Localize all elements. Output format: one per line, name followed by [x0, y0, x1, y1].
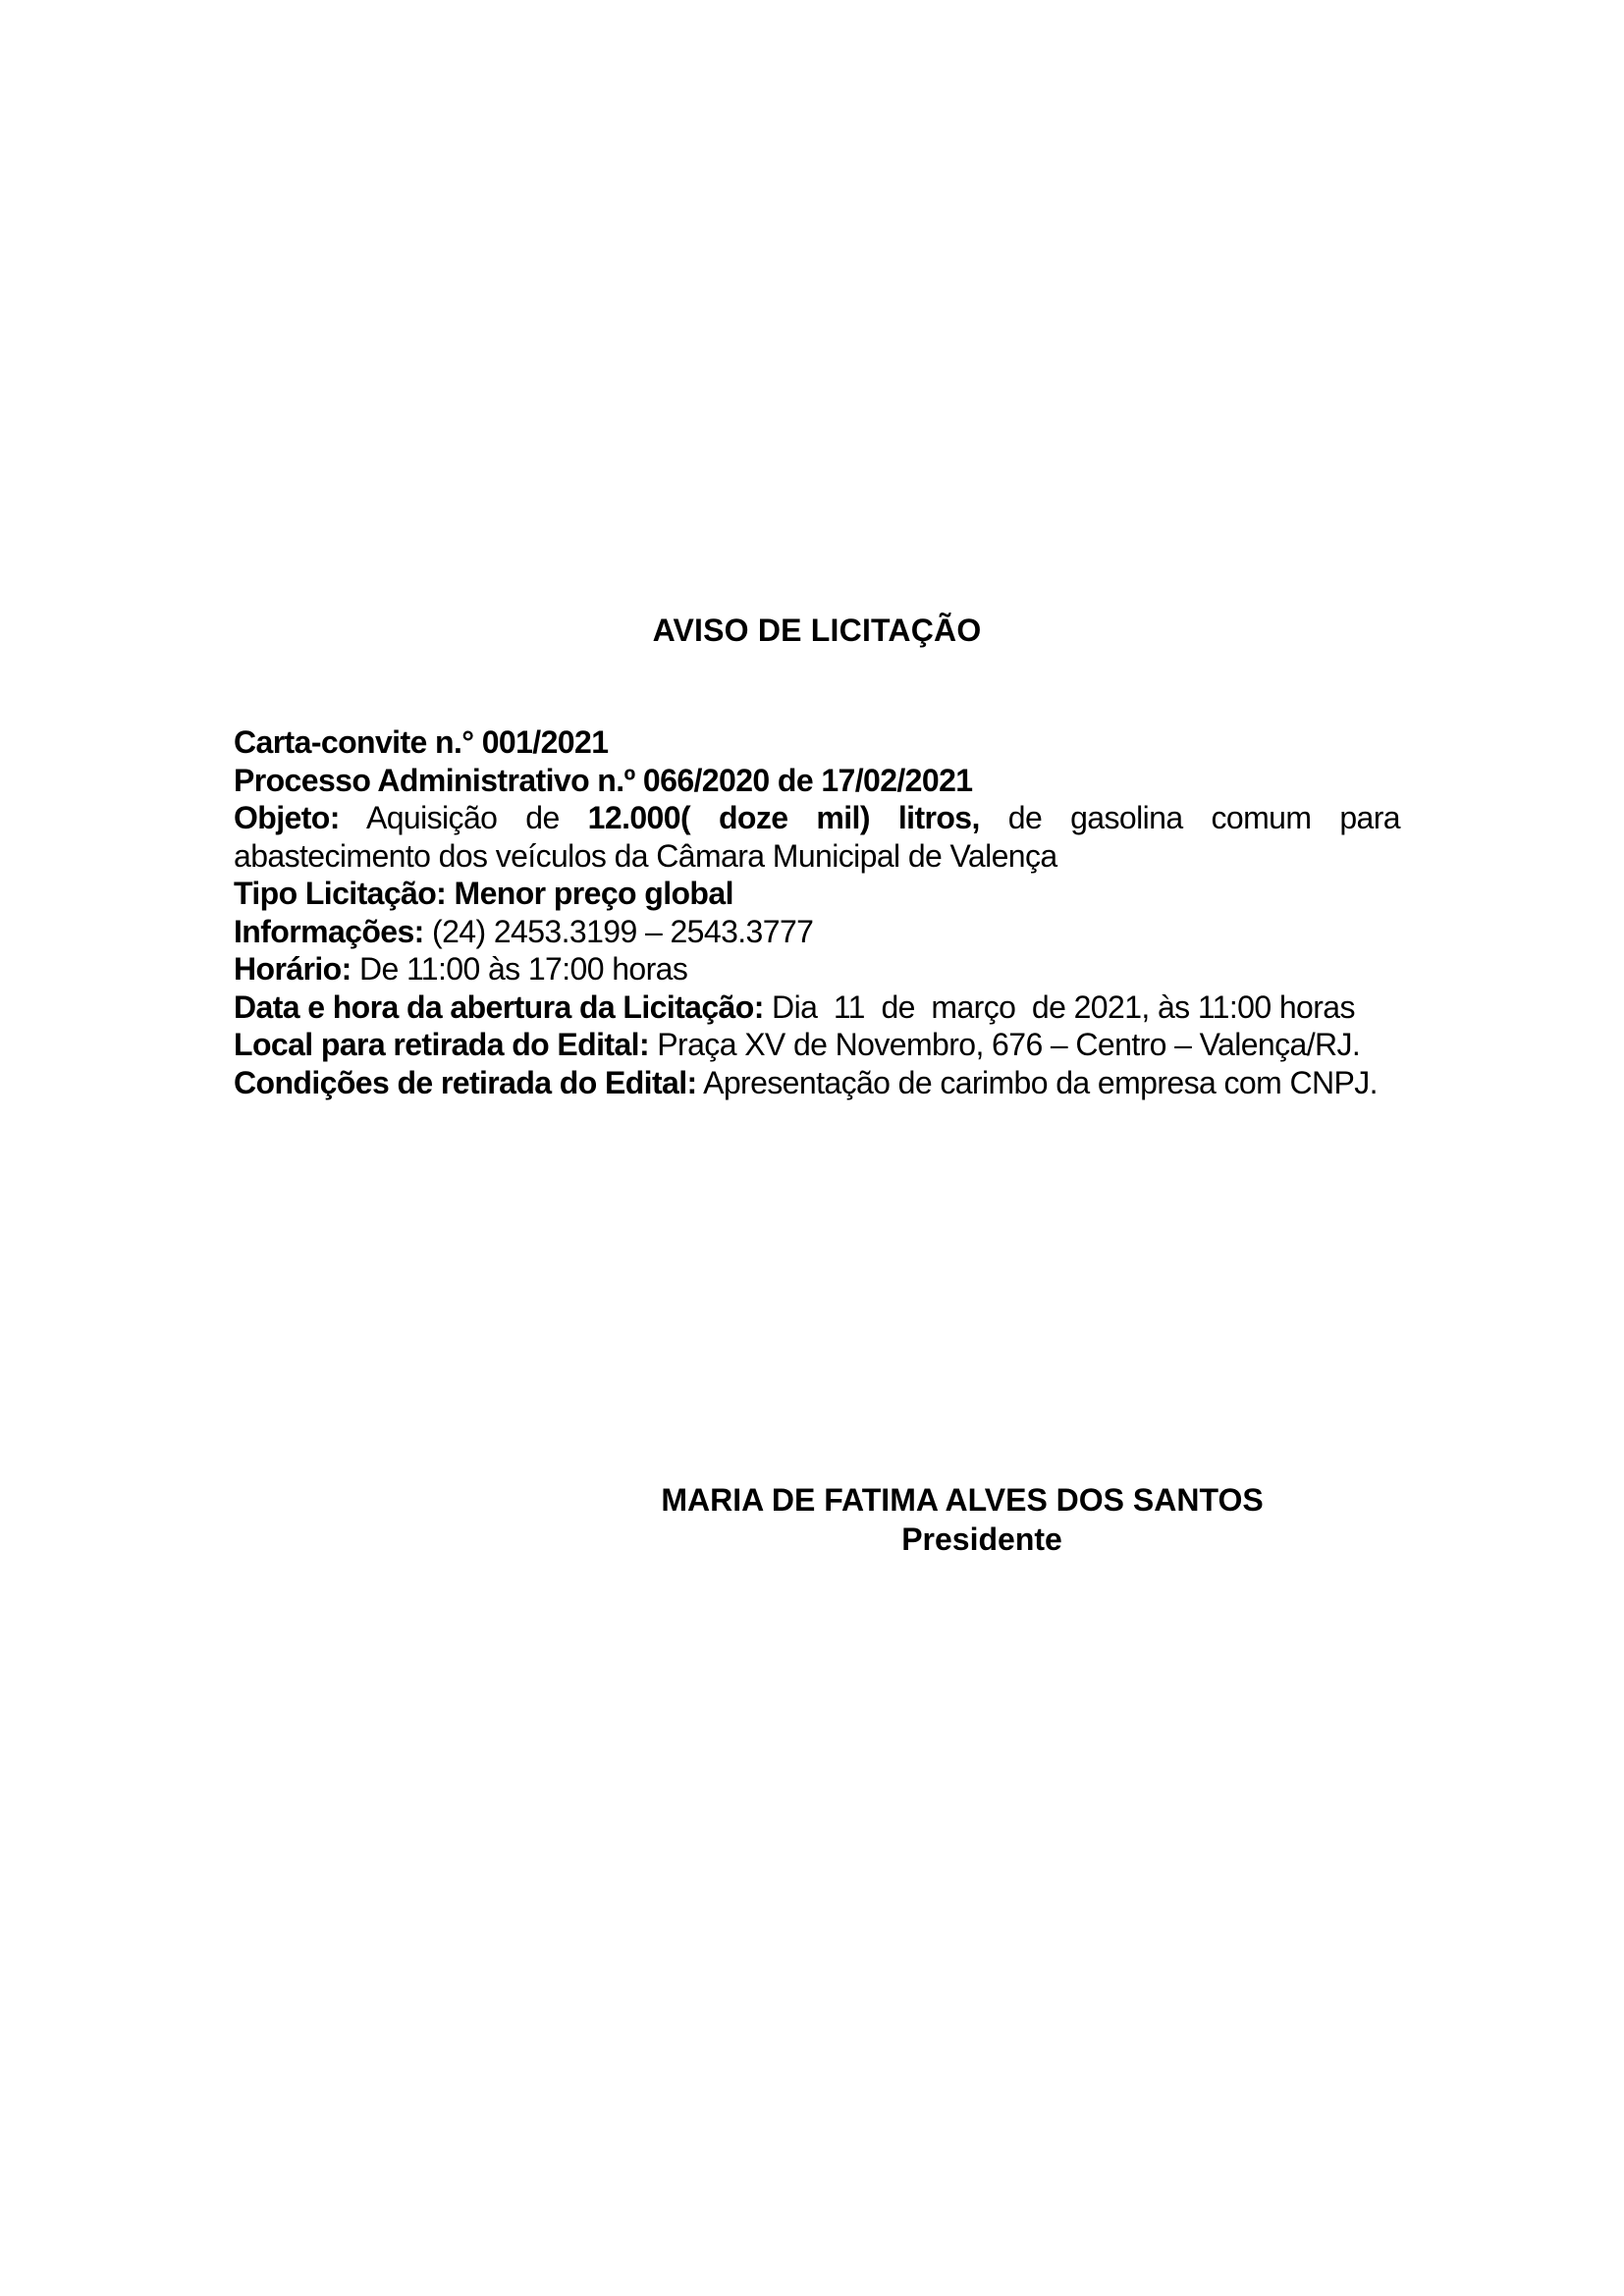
abertura-label: Data e hora da abertura da Licitação: — [234, 989, 764, 1025]
tipo-label: Tipo Licitação: — [234, 876, 446, 911]
objeto-field: Objeto: Aquisição de 12.000( doze mil) l… — [234, 799, 1400, 875]
local-field: Local para retirada do Edital: Praça XV … — [234, 1026, 1400, 1064]
local-value: Praça XV de Novembro, 676 – Centro – Val… — [649, 1027, 1360, 1062]
signatory-role: Presidente — [628, 1520, 1296, 1559]
notice-title: AVISO DE LICITAÇÃO — [0, 611, 1624, 650]
horario-label: Horário: — [234, 951, 352, 987]
objeto-text-before: Aquisição de — [340, 800, 588, 835]
objeto-quantity: 12.000( doze mil) litros, — [588, 800, 980, 835]
carta-convite-line: Carta-convite n.° 001/2021 — [234, 723, 1400, 762]
informacoes-field: Informações: (24) 2453.3199 – 2543.3777 — [234, 913, 1400, 951]
informacoes-label: Informações: — [234, 914, 424, 949]
condicoes-value: Apresentação de carimbo da empresa com C… — [697, 1065, 1378, 1100]
notice-body: Carta-convite n.° 001/2021 Processo Admi… — [234, 723, 1400, 1101]
tipo-field: Tipo Licitação: Menor preço global — [234, 875, 1400, 913]
objeto-label: Objeto: — [234, 800, 340, 835]
condicoes-field: Condições de retirada do Edital: Apresen… — [234, 1064, 1400, 1102]
horario-field: Horário: De 11:00 às 17:00 horas — [234, 950, 1400, 988]
abertura-field: Data e hora da abertura da Licitação: Di… — [234, 988, 1400, 1027]
processo-line: Processo Administrativo n.º 066/2020 de … — [234, 762, 1400, 800]
tipo-value: Menor preço global — [446, 876, 733, 911]
signatory-name: MARIA DE FATIMA ALVES DOS SANTOS — [628, 1480, 1296, 1520]
abertura-value: Dia 11 de março de 2021, às 11:00 horas — [764, 989, 1355, 1025]
horario-value: De 11:00 às 17:00 horas — [352, 951, 688, 987]
signature-block: MARIA DE FATIMA ALVES DOS SANTOS Preside… — [628, 1480, 1296, 1559]
condicoes-label: Condições de retirada do Edital: — [234, 1065, 697, 1100]
informacoes-value: (24) 2453.3199 – 2543.3777 — [424, 914, 814, 949]
local-label: Local para retirada do Edital: — [234, 1027, 649, 1062]
